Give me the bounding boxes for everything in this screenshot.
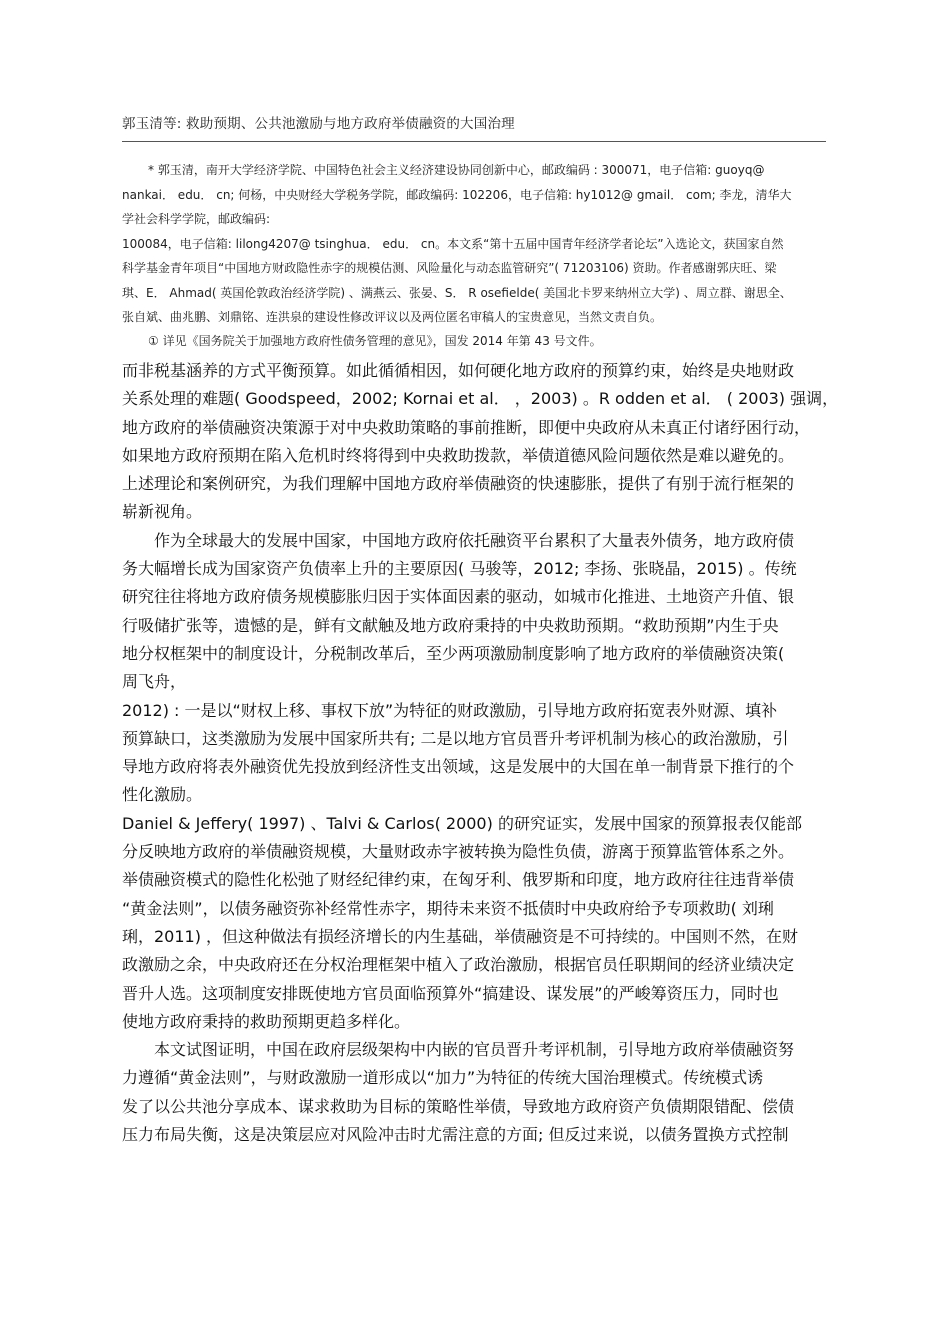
paragraph: 作为全球最大的发展中国家，中国地方政府依托融资平台累积了大量表外债务，地方政府债… xyxy=(122,527,834,697)
text-line: 性化激励。 xyxy=(122,781,834,809)
footnote-line: ① 详见《国务院关于加强地方政府性债务管理的意见》，国发 2014 年第 43 … xyxy=(122,330,834,352)
text-line: 分反映地方政府的举债融资规模，大量财政赤字被转换为隐性负债，游离于预算监管体系之… xyxy=(122,838,834,866)
footnote-line: 100084，电子信箱: lilong4207@ tsinghua． edu． … xyxy=(122,232,834,257)
text-line: 崭新视角。 xyxy=(122,498,834,526)
text-line: 研究往往将地方政府债务规模膨胀归因于实体面因素的驱动，如城市化推进、土地资产升值… xyxy=(122,583,834,611)
text-line: 而非税基涵养的方式平衡预算。如此循循相因，如何硬化地方政府的预算约束，始终是央地… xyxy=(122,357,834,385)
text-line: 地分权框架中的制度设计，分税制改革后，至少两项激励制度影响了地方政府的举债融资决… xyxy=(122,640,834,668)
text-line: 发了以公共池分享成本、谋求救助为目标的策略性举债，导致地方政府资产负债期限错配、… xyxy=(122,1093,834,1121)
running-title: 郭玉清等: 救助预期、公共池激励与地方政府举债融资的大国治理 xyxy=(122,114,515,134)
text-line: 政激励之余，中央政府还在分权治理框架中植入了政治激励，根据官员任职期间的经济业绩… xyxy=(122,951,834,979)
text-line: 导地方政府将表外融资优先投放到经济性支出领域，这是发展中的大国在单一制背景下推行… xyxy=(122,753,834,781)
footnote-line: nankai． edu． cn; 何杨，中央财经大学税务学院，邮政编码: 102… xyxy=(122,183,834,208)
text-line: 预算缺口，这类激励为发展中国家所共有; 二是以地方官员晋升考评机制为核心的政治激… xyxy=(122,725,834,753)
footnote-line: * 郭玉清，南开大学经济学院、中国特色社会主义经济建设协同创新中心，邮政编码 :… xyxy=(122,158,834,183)
text-line: Daniel & Jeffery( 1997) 、Talvi & Carlos(… xyxy=(122,810,834,838)
text-line: 作为全球最大的发展中国家，中国地方政府依托融资平台累积了大量表外债务，地方政府债 xyxy=(122,527,834,555)
text-line: 如果地方政府预期在陷入危机时终将得到中央救助拨款，举债道德风险问题依然是难以避免… xyxy=(122,442,834,470)
paragraph: 本文试图证明，中国在政府层级架构中内嵌的官员晋升考评机制，引导地方政府举债融资努… xyxy=(122,1036,834,1149)
paragraph: 而非税基涵养的方式平衡预算。如此循循相因，如何硬化地方政府的预算约束，始终是央地… xyxy=(122,357,834,527)
footnote-line: 科学基金青年项目“中国地方财政隐性赤字的规模估测、风险量化与动态监管研究”( 7… xyxy=(122,256,834,281)
text-line: 本文试图证明，中国在政府层级架构中内嵌的官员晋升考评机制，引导地方政府举债融资努 xyxy=(122,1036,834,1064)
footnote-line: 学社会科学学院，邮政编码: xyxy=(122,207,834,232)
reference-footnote-1: ① 详见《国务院关于加强地方政府性债务管理的意见》，国发 2014 年第 43 … xyxy=(122,330,834,352)
text-line: 举债融资模式的隐性化松弛了财经纪律约束，在匈牙利、俄罗斯和印度，地方政府往往违背… xyxy=(122,866,834,894)
text-line: 琍，2011) ，但这种做法有损经济增长的内生基础，举债融资是不可持续的。中国则… xyxy=(122,923,834,951)
body-text: 而非税基涵养的方式平衡预算。如此循循相因，如何硬化地方政府的预算约束，始终是央地… xyxy=(122,357,834,1149)
text-line: 使地方政府秉持的救助预期更趋多样化。 xyxy=(122,1008,834,1036)
text-line: 压力布局失衡，这是决策层应对风险冲击时尤需注意的方面; 但反过来说，以债务置换方… xyxy=(122,1121,834,1149)
text-line: 2012) : 一是以“财权上移、事权下放”为特征的财政激励，引导地方政府拓宽表… xyxy=(122,697,834,725)
text-line: 晋升人选。这项制度安排既使地方官员面临预算外“搞建设、谋发展”的严峻筹资压力，同… xyxy=(122,980,834,1008)
text-line: “黄金法则”，以债务融资弥补经常性赤字，期待未来资不抵债时中央政府给予专项救助(… xyxy=(122,895,834,923)
paragraph: 2012) : 一是以“财权上移、事权下放”为特征的财政激励，引导地方政府拓宽表… xyxy=(122,697,834,810)
footnote-line: 琪、E． Ahmad( 英国伦敦政治经济学院) 、满燕云、张晏、S． R ose… xyxy=(122,281,834,306)
text-line: 上述理论和案例研究，为我们理解中国地方政府举债融资的快速膨胀，提供了有别于流行框… xyxy=(122,470,834,498)
header-rule-divider xyxy=(122,141,826,142)
footnote-line: 张自斌、曲兆鹏、刘鼎铭、连洪泉的建设性修改评议以及两位匿名审稿人的宝贵意见，当然… xyxy=(122,305,834,330)
text-line: 力遵循“黄金法则”，与财政激励一道形成以“加力”为特征的传统大国治理模式。传统模… xyxy=(122,1064,834,1092)
paragraph: Daniel & Jeffery( 1997) 、Talvi & Carlos(… xyxy=(122,810,834,1036)
text-line: 关系处理的难题( Goodspeed，2002; Kornai et al． ，… xyxy=(122,385,834,413)
text-line: 地方政府的举债融资决策源于对中央救助策略的事前推断，即便中央政府从未真正付诸纾困… xyxy=(122,414,834,442)
author-footnote: * 郭玉清，南开大学经济学院、中国特色社会主义经济建设协同创新中心，邮政编码 :… xyxy=(122,158,834,330)
text-line: 周飞舟， xyxy=(122,668,834,696)
footnotes-section: * 郭玉清，南开大学经济学院、中国特色社会主义经济建设协同创新中心，邮政编码 :… xyxy=(122,158,834,352)
text-line: 务大幅增长成为国家资产负债率上升的主要原因( 马骏等，2012; 李扬、张晓晶，… xyxy=(122,555,834,583)
text-line: 行吸储扩张等，遗憾的是，鲜有文献触及地方政府秉持的中央救助预期。“救助预期”内生… xyxy=(122,612,834,640)
